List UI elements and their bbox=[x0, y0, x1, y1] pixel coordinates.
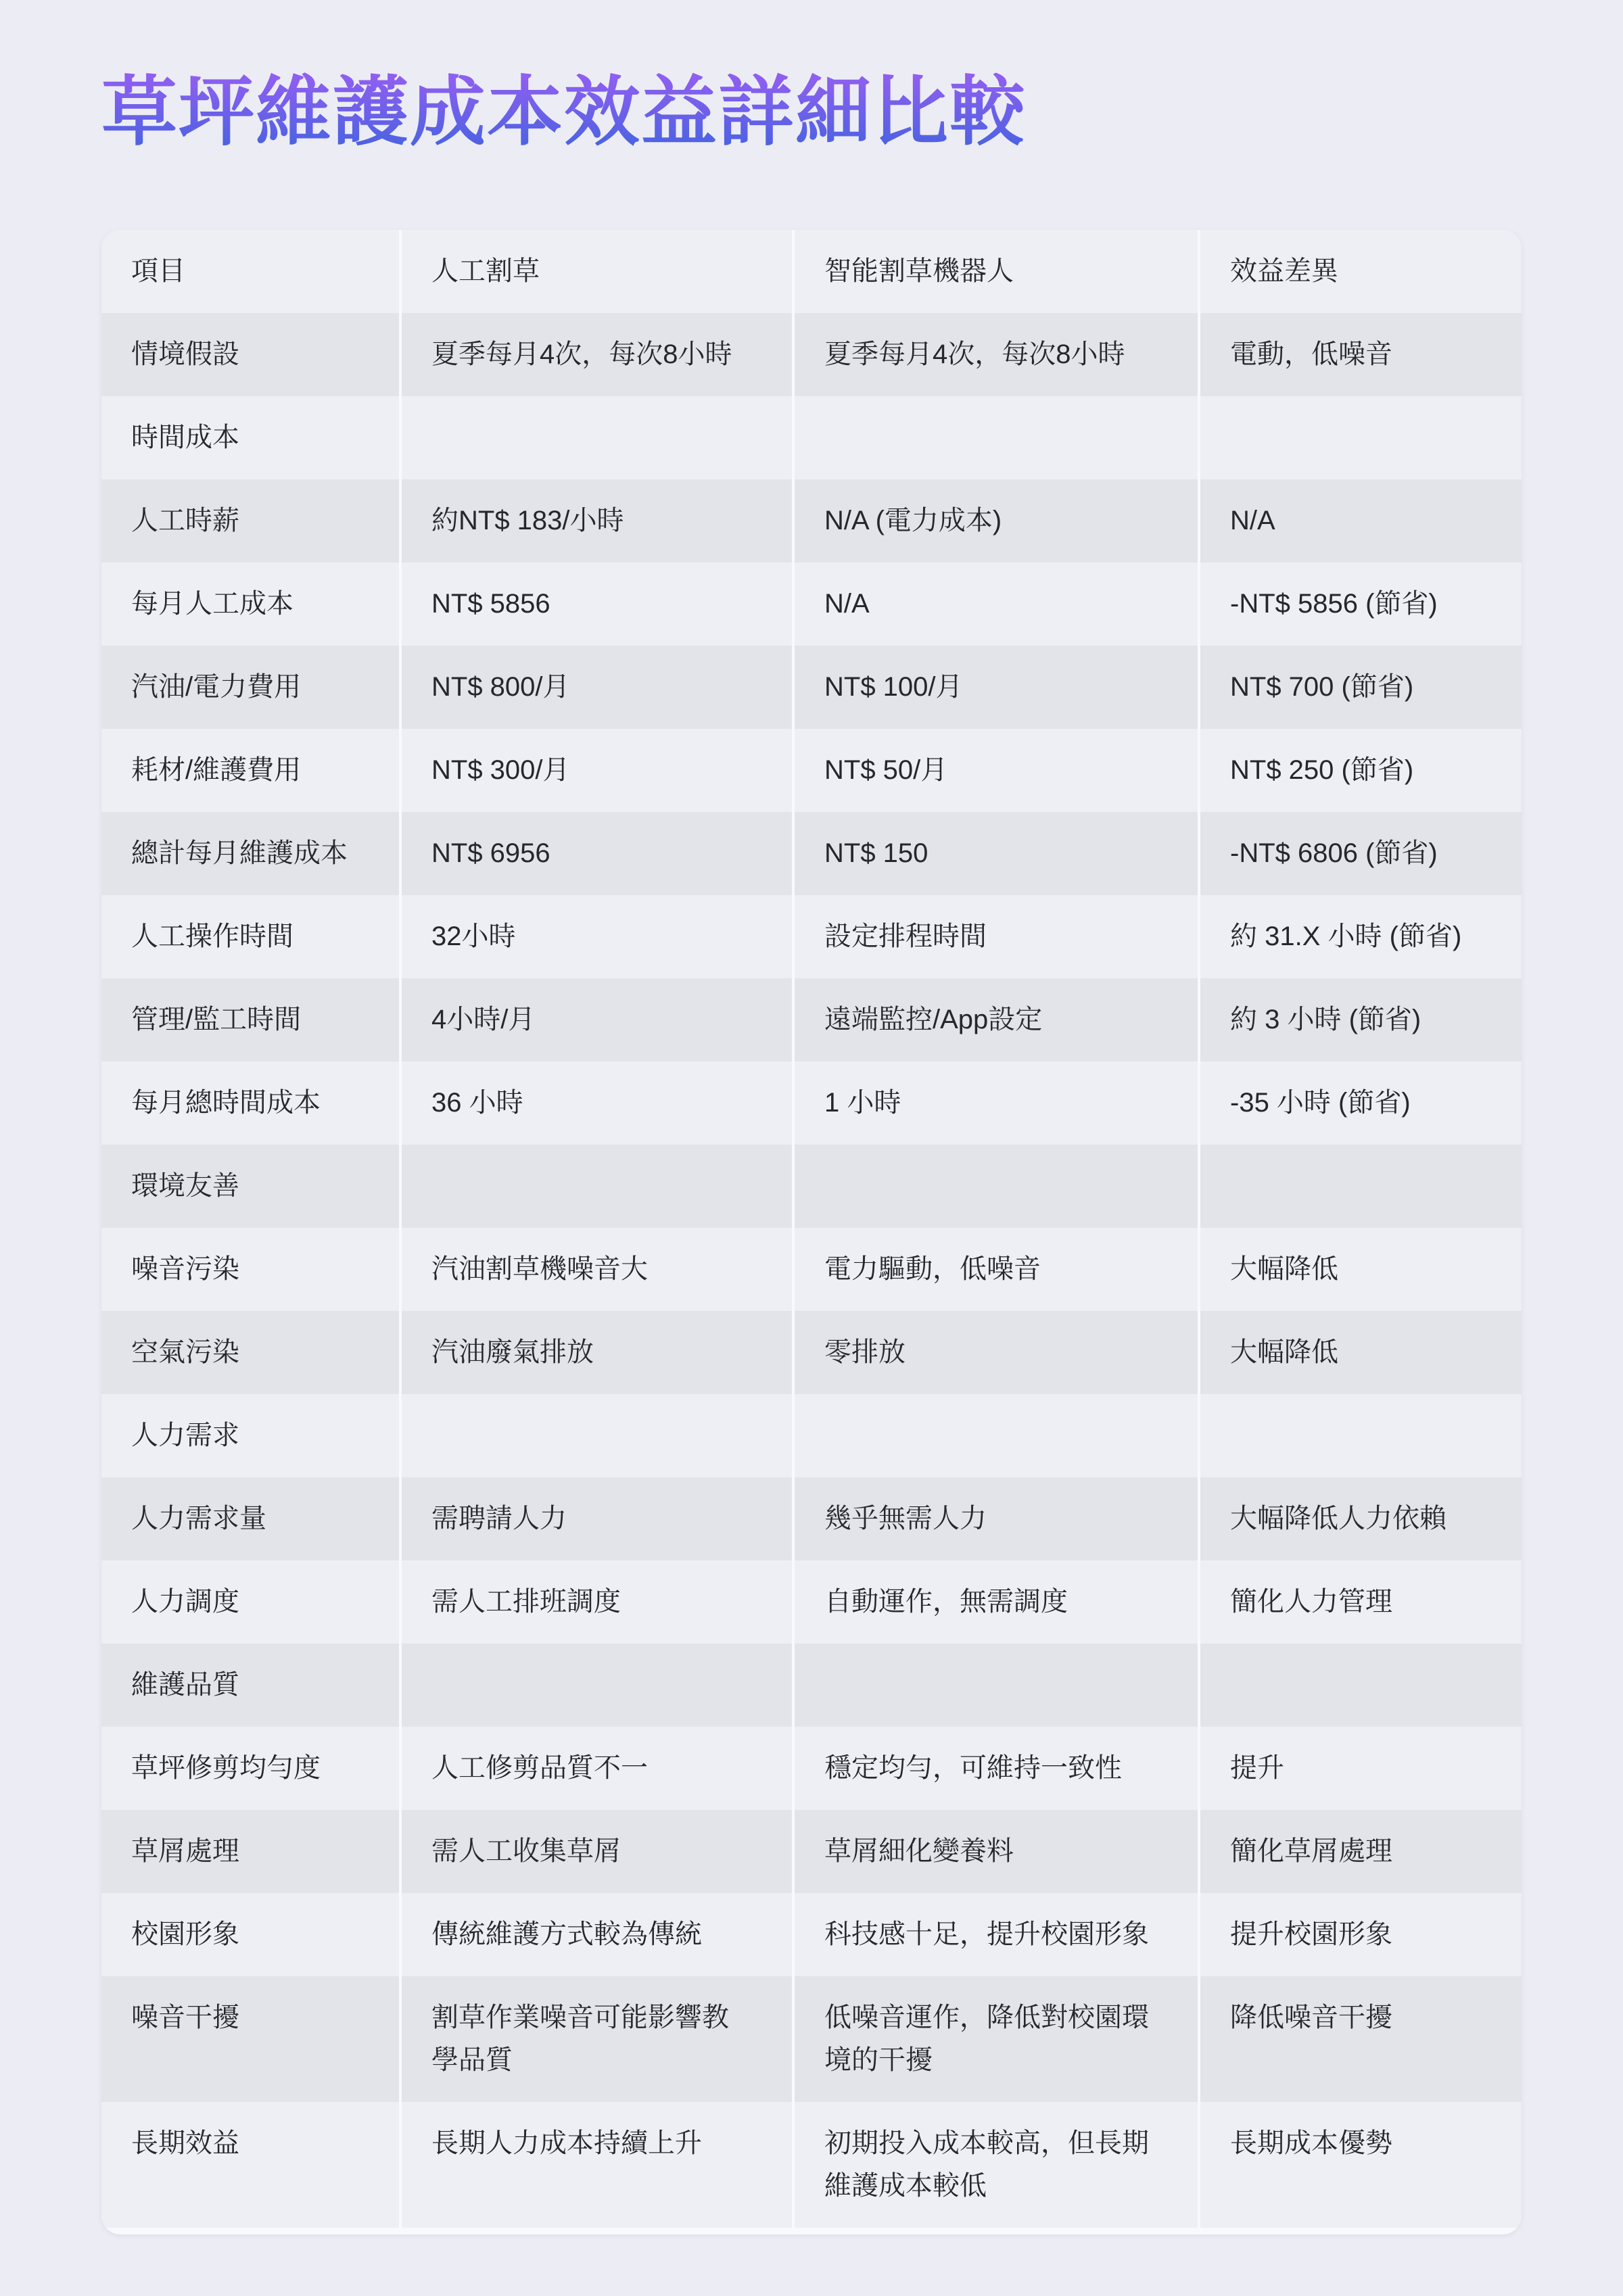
value-cell bbox=[1200, 1394, 1522, 1477]
value-cell: 約 3 小時 (節省) bbox=[1200, 978, 1522, 1061]
section-label-cell: 人力需求 bbox=[101, 1394, 399, 1477]
value-cell: N/A (電力成本) bbox=[795, 479, 1198, 563]
value-cell: 幾乎無需人力 bbox=[795, 1477, 1198, 1560]
value-cell bbox=[1200, 1145, 1522, 1228]
row-label-cell: 空氣污染 bbox=[101, 1311, 399, 1394]
table-row: 管理/監工時間4小時/月遠端監控/App設定約 3 小時 (節省) bbox=[101, 978, 1522, 1061]
row-label-cell: 情境假設 bbox=[101, 313, 399, 396]
value-cell: 零排放 bbox=[795, 1311, 1198, 1394]
value-cell: 約 31.X 小時 (節省) bbox=[1200, 895, 1522, 978]
value-cell: 人工修剪品質不一 bbox=[402, 1727, 792, 1810]
table-row: 汽油/電力費用NT$ 800/月NT$ 100/月NT$ 700 (節省) bbox=[101, 646, 1522, 729]
header-cell-item: 項目 bbox=[101, 230, 399, 313]
row-label-cell: 管理/監工時間 bbox=[101, 978, 399, 1061]
value-cell: 汽油廢氣排放 bbox=[402, 1311, 792, 1394]
row-label-cell: 總計每月維護成本 bbox=[101, 812, 399, 895]
value-cell: 4小時/月 bbox=[402, 978, 792, 1061]
row-label-cell: 長期效益 bbox=[101, 2102, 399, 2228]
value-cell: N/A bbox=[795, 563, 1198, 646]
value-cell bbox=[795, 1145, 1198, 1228]
value-cell: NT$ 700 (節省) bbox=[1200, 646, 1522, 729]
value-cell: 大幅降低 bbox=[1200, 1228, 1522, 1311]
value-cell: 約NT$ 183/小時 bbox=[402, 479, 792, 563]
value-cell: 提升 bbox=[1200, 1727, 1522, 1810]
value-cell: NT$ 50/月 bbox=[795, 729, 1198, 812]
value-cell: 大幅降低人力依賴 bbox=[1200, 1477, 1522, 1560]
table-header-row: 項目 人工割草 智能割草機器人 效益差異 bbox=[101, 230, 1522, 313]
table-row: 校園形象傳統維護方式較為傳統科技感十足，提升校園形象提升校園形象 bbox=[101, 1893, 1522, 1976]
table-section-row: 人力需求 bbox=[101, 1394, 1522, 1477]
table-row: 噪音干擾割草作業噪音可能影響教學品質低噪音運作，降低對校園環境的干擾降低噪音干擾 bbox=[101, 1976, 1522, 2102]
table-row: 總計每月維護成本NT$ 6956NT$ 150-NT$ 6806 (節省) bbox=[101, 812, 1522, 895]
value-cell bbox=[402, 1394, 792, 1477]
table-row: 情境假設夏季每月4次，每次8小時夏季每月4次，每次8小時電動，低噪音 bbox=[101, 313, 1522, 396]
value-cell: 簡化草屑處理 bbox=[1200, 1810, 1522, 1893]
value-cell: 簡化人力管理 bbox=[1200, 1560, 1522, 1644]
table-row: 長期效益長期人力成本持續上升初期投入成本較高，但長期維護成本較低長期成本優勢 bbox=[101, 2102, 1522, 2228]
value-cell: NT$ 150 bbox=[795, 812, 1198, 895]
value-cell: 科技感十足，提升校園形象 bbox=[795, 1893, 1198, 1976]
value-cell: 夏季每月4次，每次8小時 bbox=[795, 313, 1198, 396]
page: 草坪維護成本效益詳細比較 項目 人工割草 智能割草機器人 效益差異 情境假設夏季… bbox=[0, 65, 1623, 2234]
row-label-cell: 人力調度 bbox=[101, 1560, 399, 1644]
value-cell: 1 小時 bbox=[795, 1061, 1198, 1145]
value-cell: 夏季每月4次，每次8小時 bbox=[402, 313, 792, 396]
row-label-cell: 人工操作時間 bbox=[101, 895, 399, 978]
table-row: 人力需求量需聘請人力幾乎無需人力大幅降低人力依賴 bbox=[101, 1477, 1522, 1560]
value-cell: 草屑細化變養料 bbox=[795, 1810, 1198, 1893]
value-cell: -NT$ 5856 (節省) bbox=[1200, 563, 1522, 646]
value-cell: 36 小時 bbox=[402, 1061, 792, 1145]
table-row: 耗材/維護費用NT$ 300/月NT$ 50/月NT$ 250 (節省) bbox=[101, 729, 1522, 812]
value-cell: 需聘請人力 bbox=[402, 1477, 792, 1560]
value-cell bbox=[402, 1644, 792, 1727]
value-cell bbox=[795, 1644, 1198, 1727]
value-cell bbox=[1200, 396, 1522, 479]
row-label-cell: 耗材/維護費用 bbox=[101, 729, 399, 812]
value-cell: 32小時 bbox=[402, 895, 792, 978]
table-row: 噪音污染汽油割草機噪音大電力驅動，低噪音大幅降低 bbox=[101, 1228, 1522, 1311]
row-label-cell: 校園形象 bbox=[101, 1893, 399, 1976]
value-cell: 汽油割草機噪音大 bbox=[402, 1228, 792, 1311]
value-cell bbox=[402, 1145, 792, 1228]
table-section-row: 維護品質 bbox=[101, 1644, 1522, 1727]
value-cell: 大幅降低 bbox=[1200, 1311, 1522, 1394]
comparison-table: 項目 人工割草 智能割草機器人 效益差異 情境假設夏季每月4次，每次8小時夏季每… bbox=[101, 230, 1522, 2234]
row-label-cell: 汽油/電力費用 bbox=[101, 646, 399, 729]
value-cell: NT$ 300/月 bbox=[402, 729, 792, 812]
header-cell-robot: 智能割草機器人 bbox=[795, 230, 1198, 313]
value-cell: 提升校園形象 bbox=[1200, 1893, 1522, 1976]
value-cell: 需人工收集草屑 bbox=[402, 1810, 792, 1893]
table-row: 人工操作時間32小時設定排程時間約 31.X 小時 (節省) bbox=[101, 895, 1522, 978]
value-cell: 需人工排班調度 bbox=[402, 1560, 792, 1644]
value-cell: NT$ 100/月 bbox=[795, 646, 1198, 729]
value-cell: 傳統維護方式較為傳統 bbox=[402, 1893, 792, 1976]
row-label-cell: 草坪修剪均勻度 bbox=[101, 1727, 399, 1810]
table-row: 空氣污染汽油廢氣排放零排放大幅降低 bbox=[101, 1311, 1522, 1394]
value-cell: NT$ 800/月 bbox=[402, 646, 792, 729]
section-label-cell: 環境友善 bbox=[101, 1145, 399, 1228]
value-cell: 設定排程時間 bbox=[795, 895, 1198, 978]
value-cell: -NT$ 6806 (節省) bbox=[1200, 812, 1522, 895]
value-cell: N/A bbox=[1200, 479, 1522, 563]
table-section-row: 時間成本 bbox=[101, 396, 1522, 479]
row-label-cell: 人力需求量 bbox=[101, 1477, 399, 1560]
value-cell: 電力驅動，低噪音 bbox=[795, 1228, 1198, 1311]
table-row: 草坪修剪均勻度人工修剪品質不一穩定均勻，可維持一致性提升 bbox=[101, 1727, 1522, 1810]
table-row: 每月總時間成本36 小時1 小時-35 小時 (節省) bbox=[101, 1061, 1522, 1145]
row-label-cell: 噪音干擾 bbox=[101, 1976, 399, 2102]
value-cell: 初期投入成本較高，但長期維護成本較低 bbox=[795, 2102, 1198, 2228]
section-label-cell: 維護品質 bbox=[101, 1644, 399, 1727]
value-cell bbox=[1200, 1644, 1522, 1727]
value-cell: NT$ 250 (節省) bbox=[1200, 729, 1522, 812]
row-label-cell: 人工時薪 bbox=[101, 479, 399, 563]
page-title: 草坪維護成本效益詳細比較 bbox=[101, 65, 1027, 160]
table-row: 草屑處理需人工收集草屑草屑細化變養料簡化草屑處理 bbox=[101, 1810, 1522, 1893]
value-cell: -35 小時 (節省) bbox=[1200, 1061, 1522, 1145]
value-cell bbox=[402, 396, 792, 479]
table-row: 每月人工成本NT$ 5856N/A-NT$ 5856 (節省) bbox=[101, 563, 1522, 646]
value-cell: 穩定均勻，可維持一致性 bbox=[795, 1727, 1198, 1810]
table-body: 情境假設夏季每月4次，每次8小時夏季每月4次，每次8小時電動，低噪音時間成本人工… bbox=[101, 313, 1522, 2228]
value-cell: 長期成本優勢 bbox=[1200, 2102, 1522, 2228]
value-cell: 降低噪音干擾 bbox=[1200, 1976, 1522, 2102]
table-row: 人工時薪約NT$ 183/小時N/A (電力成本)N/A bbox=[101, 479, 1522, 563]
value-cell: 遠端監控/App設定 bbox=[795, 978, 1198, 1061]
value-cell bbox=[795, 396, 1198, 479]
value-cell: NT$ 5856 bbox=[402, 563, 792, 646]
header-cell-manual: 人工割草 bbox=[402, 230, 792, 313]
row-label-cell: 每月人工成本 bbox=[101, 563, 399, 646]
value-cell: 割草作業噪音可能影響教學品質 bbox=[402, 1976, 792, 2102]
row-label-cell: 草屑處理 bbox=[101, 1810, 399, 1893]
value-cell: 長期人力成本持續上升 bbox=[402, 2102, 792, 2228]
header-cell-difference: 效益差異 bbox=[1200, 230, 1522, 313]
row-label-cell: 噪音污染 bbox=[101, 1228, 399, 1311]
row-label-cell: 每月總時間成本 bbox=[101, 1061, 399, 1145]
value-cell bbox=[795, 1394, 1198, 1477]
section-label-cell: 時間成本 bbox=[101, 396, 399, 479]
table-row: 人力調度需人工排班調度自動運作，無需調度簡化人力管理 bbox=[101, 1560, 1522, 1644]
value-cell: 低噪音運作，降低對校園環境的干擾 bbox=[795, 1976, 1198, 2102]
value-cell: NT$ 6956 bbox=[402, 812, 792, 895]
value-cell: 自動運作，無需調度 bbox=[795, 1560, 1198, 1644]
table-section-row: 環境友善 bbox=[101, 1145, 1522, 1228]
value-cell: 電動，低噪音 bbox=[1200, 313, 1522, 396]
